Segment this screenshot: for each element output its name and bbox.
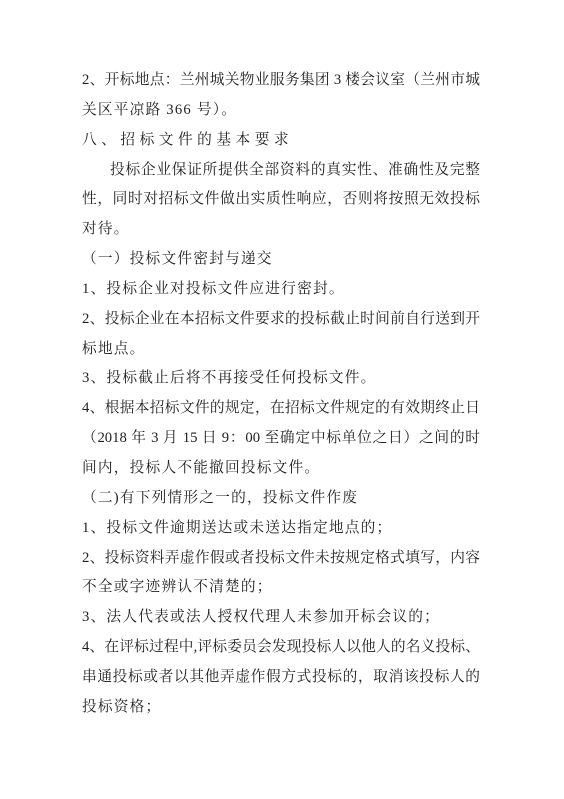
doc-line: 2、投标资料弄虚作假或者投标文件未按规定格式填写，内容 — [82, 544, 480, 574]
doc-line: 1、投标文件逾期送达或未送达指定地点的； — [82, 514, 480, 544]
doc-line: （2018 年 3 月 15 日 9：00 至确定中标单位之日）之间的时 — [82, 424, 480, 454]
document-text-block: 2、开标地点：兰州城关物业服务集团 3 楼会议室（兰州市城 关区平凉路 366 … — [82, 66, 480, 723]
doc-line: 投标资格； — [82, 693, 480, 723]
doc-subheading: （二)有下列情形之一的，投标文件作废 — [82, 484, 480, 514]
document-page: 2、开标地点：兰州城关物业服务集团 3 楼会议室（兰州市城 关区平凉路 366 … — [0, 0, 564, 799]
doc-line: 2、投标企业在本招标文件要求的投标截止时间前自行送到开 — [82, 305, 480, 335]
doc-line: 1、投标企业对投标文件应进行密封。 — [82, 275, 480, 305]
doc-line: 投标企业保证所提供全部资料的真实性、准确性及完整 — [82, 156, 480, 186]
doc-subheading: （一）投标文件密封与递交 — [82, 245, 480, 275]
doc-line: 4、根据本招标文件的规定，在招标文件规定的有效期终止日 — [82, 394, 480, 424]
doc-section-heading: 八、招标文件的基本要求 — [82, 126, 480, 156]
doc-line: 2、开标地点：兰州城关物业服务集团 3 楼会议室（兰州市城 — [82, 66, 480, 96]
doc-line: 3、投标截止后将不再接受任何投标文件。 — [82, 364, 480, 394]
doc-line: 性，同时对招标文件做出实质性响应，否则将按照无效投标 — [82, 185, 480, 215]
doc-line: 不全或字迹辨认不清楚的； — [82, 573, 480, 603]
doc-line: 间内，投标人不能撤回投标文件。 — [82, 454, 480, 484]
doc-line: 4、在评标过程中,评标委员会发现投标人以他人的名义投标、 — [82, 633, 480, 663]
doc-line: 对待。 — [82, 215, 480, 245]
doc-line: 3、法人代表或法人授权代理人未参加开标会议的； — [82, 603, 480, 633]
doc-line: 标地点。 — [82, 335, 480, 365]
doc-line: 关区平凉路 366 号）。 — [82, 96, 480, 126]
doc-line: 串通投标或者以其他弄虚作假方式投标的，取消该投标人的 — [82, 663, 480, 693]
